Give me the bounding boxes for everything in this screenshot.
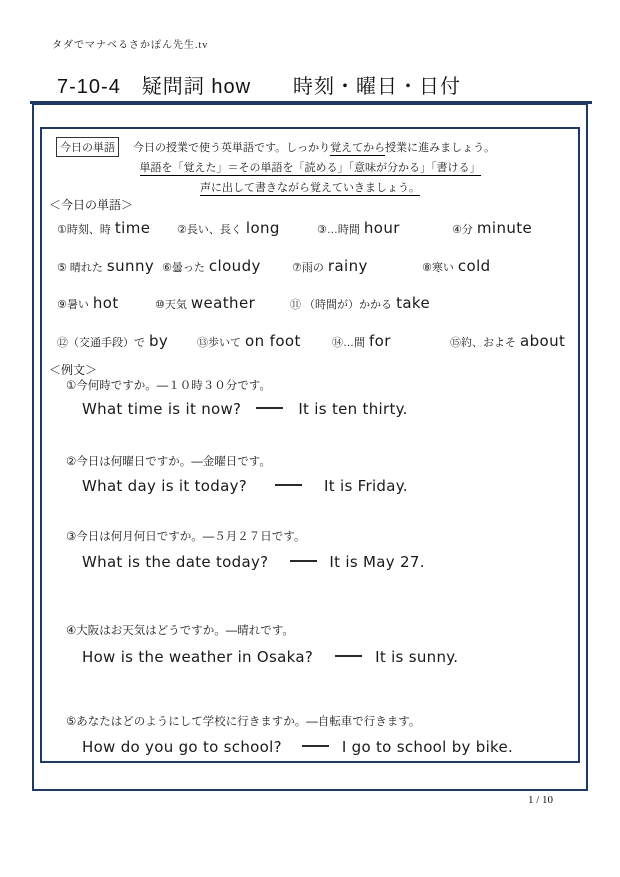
intro-line-3: 声に出して書きながら覚えていきましょう。 [42, 179, 578, 195]
example-3-english: What is the date today?It is May 27. [82, 553, 425, 572]
example-2-english: What day is it today?It is Friday. [82, 477, 408, 496]
vocab-row-3: ⑨暑いhot ⑩天気weather ⑪ （時間が）かかるtake [42, 294, 578, 312]
page-number: 1 / 10 [528, 794, 553, 806]
vocab-section-heading: ＜今日の単語＞ [49, 196, 133, 213]
example-1-english: What time is it now?It is ten thirty. [82, 400, 408, 419]
intro-line-1-pre: 今日の授業で使う英単語です。しっかり [133, 142, 330, 154]
vocab-item: ⑤ 晴れたsunny [57, 257, 154, 276]
site-header: タダでマナベるさかぽん先生.tv [52, 36, 208, 51]
intro-line-2: 単語を「覚えた」＝その単語を「読める」「意味が分かる」「書ける」 [42, 159, 578, 175]
example-2-question: What day is it today? [82, 477, 247, 495]
dash-icon [335, 655, 362, 657]
example-1-answer: It is ten thirty. [298, 400, 407, 418]
vocab-item: ⑨暑いhot [57, 294, 119, 313]
title-underline: 7-10-4 疑問詞 how 時刻・曜日・日付 [30, 70, 592, 104]
example-2-answer: It is Friday. [324, 477, 408, 495]
example-4-answer: It is sunny. [375, 648, 458, 666]
intro-line-1-post: 授業に進みましょう。 [385, 142, 495, 154]
inner-frame: 今日の単語今日の授業で使う英単語です。しっかり覚えてから授業に進みましょう。 単… [40, 127, 580, 763]
vocab-item: ④分minute [452, 219, 532, 238]
vocab-item: ⑮約、およそabout [450, 332, 565, 351]
vocab-item: ⑫（交通手段）でby [57, 332, 168, 351]
todays-words-label-box: 今日の単語 [56, 137, 119, 157]
example-2-japanese: ②今日は何曜日ですか。―金曜日です。 [66, 453, 271, 469]
outer-frame: 今日の単語今日の授業で使う英単語です。しっかり覚えてから授業に進みましょう。 単… [32, 103, 588, 791]
vocab-item: ⑭…間for [332, 332, 391, 351]
vocab-item: ⑬歩いてon foot [197, 332, 301, 351]
vocab-item: ⑥曇ったcloudy [162, 257, 261, 276]
example-5-english: How do you go to school?I go to school b… [82, 738, 513, 757]
example-4-japanese: ④大阪はお天気はどうですか。―晴れです。 [66, 622, 294, 638]
dash-icon [302, 745, 329, 747]
intro-line-1: 今日の単語今日の授業で使う英単語です。しっかり覚えてから授業に進みましょう。 [56, 137, 495, 157]
vocab-item: ⑦雨のrainy [292, 257, 368, 276]
page-title: 7-10-4 疑問詞 how 時刻・曜日・日付 [57, 70, 592, 99]
vocab-item: ⑧寒いcold [422, 257, 491, 276]
vocab-row-4: ⑫（交通手段）でby ⑬歩いてon foot ⑭…間for ⑮約、およそabou… [42, 332, 578, 350]
vocab-item: ①時刻、時time [57, 219, 150, 238]
example-1-japanese: ①今何時ですか。―１０時３０分です。 [66, 377, 271, 393]
vocab-item: ⑩天気weather [155, 294, 255, 313]
vocab-row-1: ①時刻、時time ②長い、長くlong ③…時間hour ④分minute [42, 219, 578, 237]
dash-icon [256, 407, 283, 409]
vocab-item: ②長い、長くlong [177, 219, 280, 238]
vocab-item: ③…時間hour [317, 219, 400, 238]
example-1-question: What time is it now? [82, 400, 241, 418]
dash-icon [275, 484, 302, 486]
dash-icon [290, 560, 317, 562]
example-3-question: What is the date today? [82, 553, 268, 571]
example-3-answer: It is May 27. [329, 553, 424, 571]
vocab-item: ⑪ （時間が）かかるtake [290, 294, 430, 313]
example-3-japanese: ③今日は何月何日ですか。―５月２７日です。 [66, 528, 305, 544]
example-5-answer: I go to school by bike. [342, 738, 513, 756]
example-5-japanese: ⑤あなたはどのようにして学校に行きますか。―自転車で行きます。 [66, 713, 420, 729]
examples-section-heading: ＜例文＞ [49, 361, 97, 378]
vocab-row-2: ⑤ 晴れたsunny ⑥曇ったcloudy ⑦雨のrainy ⑧寒いcold [42, 257, 578, 275]
intro-line-1-underlined: 覚えてから [330, 142, 385, 156]
example-5-question: How do you go to school? [82, 738, 282, 756]
example-4-english: How is the weather in Osaka?It is sunny. [82, 648, 458, 667]
worksheet-page: タダでマナベるさかぽん先生.tv 7-10-4 疑問詞 how 時刻・曜日・日付… [0, 0, 620, 877]
example-4-question: How is the weather in Osaka? [82, 648, 313, 666]
